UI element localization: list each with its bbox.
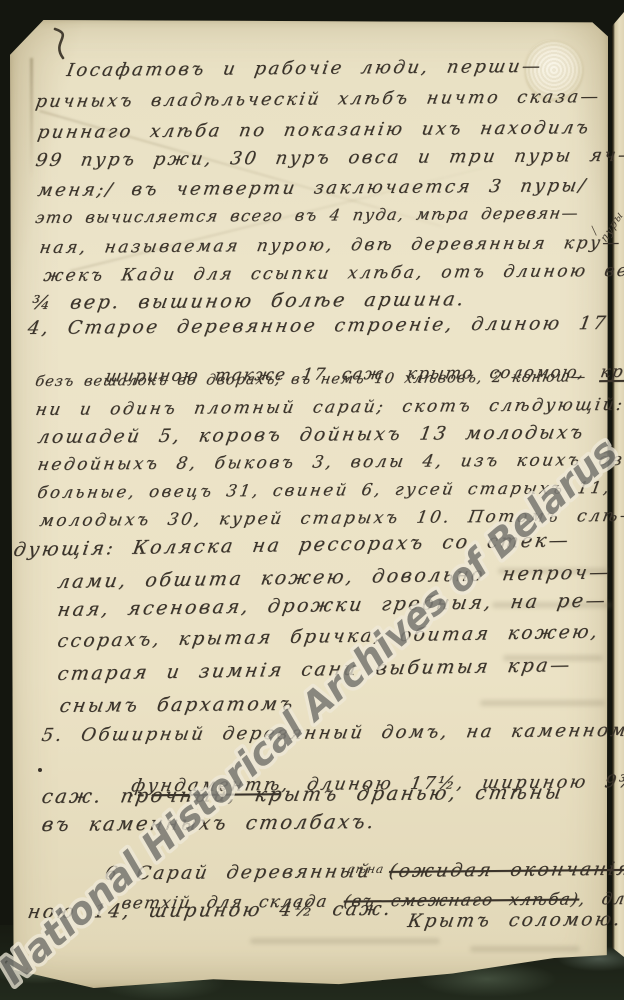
ink-dot [38, 768, 42, 772]
line-text: , дли— [578, 889, 624, 909]
manuscript-line: Крытъ соломою. [406, 909, 624, 932]
ink-flourish-icon [50, 26, 78, 62]
ink-bleedthrough [480, 700, 605, 706]
manuscript-line: Іосафатовъ и рабочіе люди, перши— [65, 56, 544, 81]
manuscript-line: въ каменныхъ столбахъ. [40, 810, 378, 836]
manuscript-line: саж. прочный, крытъ дранью, стѣны [40, 780, 565, 808]
ink-bleedthrough [250, 938, 440, 944]
manuscript-line: снымъ бархатомъ [58, 693, 297, 717]
manuscript-line: ¾ вер. вышиною болѣе аршина. [30, 288, 468, 314]
paper-crease [30, 58, 33, 178]
scanned-document: Іосафатовъ и рабочіе люди, перши— ричных… [0, 0, 624, 1000]
ink-bleedthrough [470, 946, 580, 952]
underlined-word: крыша [599, 362, 624, 382]
manuscript-line: ною 14, шириною 4½ саж. [26, 898, 394, 923]
